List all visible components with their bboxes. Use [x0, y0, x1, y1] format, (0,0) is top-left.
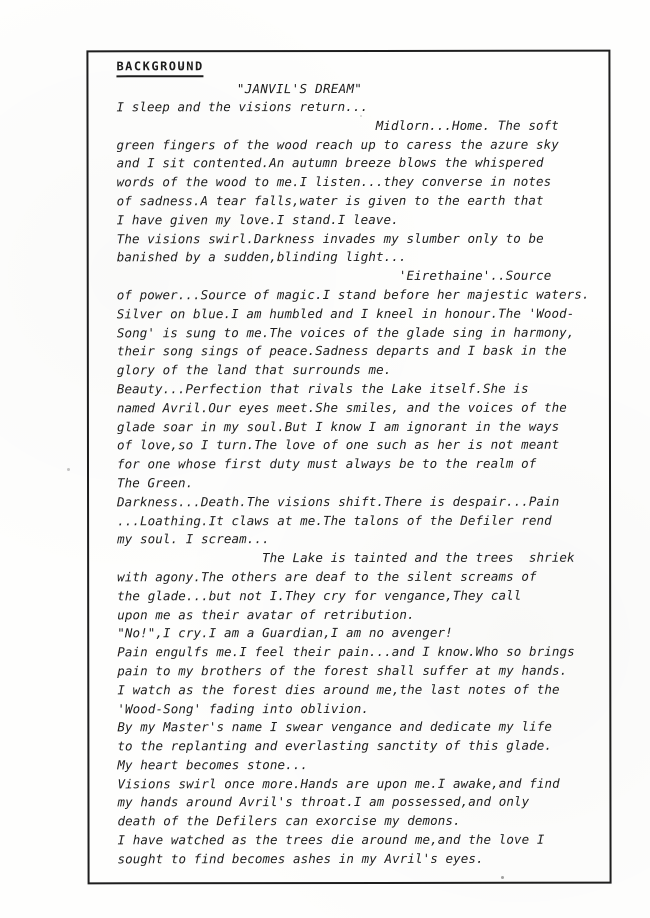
text-line: The Green.	[117, 474, 609, 493]
text-line: Darkness...Death.The visions shift.There…	[117, 492, 609, 511]
text-line: Silver on blue.I am humbled and I kneel …	[117, 304, 609, 323]
text-line: of sadness.A tear falls,water is given t…	[117, 192, 609, 211]
text-line: Song' is sung to me.The voices of the gl…	[117, 323, 609, 342]
text-line: upon me as their avatar of retribution.	[117, 605, 609, 624]
text-line: sought to find becomes ashes in my Avril…	[118, 850, 610, 869]
text-line: glory of the land that surrounds me.	[117, 361, 609, 380]
text-line: death of the Defilers can exorcise my de…	[117, 812, 609, 831]
text-line: I have given my love.I stand.I leave.	[117, 210, 609, 229]
text-line: pain to my brothers of the forest shall …	[117, 662, 609, 681]
text-line: the glade...but not I.They cry for venga…	[117, 586, 609, 605]
body-text: "JANVIL'S DREAM" I sleep and the visions…	[116, 79, 609, 869]
text-line: and I sit contented.An autumn breeze blo…	[117, 154, 609, 173]
background-heading: BACKGROUND	[116, 59, 203, 77]
text-line: The Lake is tainted and the trees shriek	[117, 549, 609, 568]
text-line: their song sings of peace.Sadness depart…	[117, 342, 609, 361]
heading-row: BACKGROUND	[88, 52, 608, 78]
text-line: to the replanting and everlasting sancti…	[117, 737, 609, 756]
text-line: Midlorn...Home. The soft	[117, 116, 609, 135]
dream-title: "JANVIL'S DREAM"	[116, 79, 608, 99]
text-line: I have watched as the trees die around m…	[118, 831, 610, 850]
text-line: Visions swirl once more.Hands are upon m…	[117, 774, 609, 793]
text-line: my soul. I scream...	[117, 530, 609, 549]
scanned-page: BACKGROUND "JANVIL'S DREAM" I sleep and …	[0, 0, 650, 918]
scan-artifact	[67, 468, 70, 471]
text-line: Beauty...Perfection that rivals the Lake…	[117, 380, 609, 399]
text-line: green fingers of the wood reach up to ca…	[117, 135, 609, 154]
text-line: I sleep and the visions return...	[116, 98, 608, 117]
text-line: glade soar in my soul.But I know I am ig…	[117, 417, 609, 436]
text-line: with agony.The others are deaf to the si…	[117, 568, 609, 587]
text-line: of love,so I turn.The love of one such a…	[117, 436, 609, 455]
text-line: my hands around Avril's throat.I am poss…	[117, 793, 609, 812]
text-line: named Avril.Our eyes meet.She smiles, an…	[117, 398, 609, 417]
text-line: ...Loathing.It claws at me.The talons of…	[117, 511, 609, 530]
text-line: My heart becomes stone...	[117, 756, 609, 775]
text-line: 'Eirethaine'..Source	[117, 267, 609, 286]
text-line: I watch as the forest dies around me,the…	[117, 680, 609, 699]
text-line: The visions swirl.Darkness invades my sl…	[117, 229, 609, 248]
text-line: 'Wood-Song' fading into oblivion.	[117, 699, 609, 718]
text-line: banished by a sudden,blinding light...	[117, 248, 609, 267]
text-line: of power...Source of magic.I stand befor…	[117, 286, 609, 305]
page-border-frame: BACKGROUND "JANVIL'S DREAM" I sleep and …	[86, 50, 611, 885]
text-line: "No!",I cry.I am a Guardian,I am no aven…	[117, 624, 609, 643]
text-line: By my Master's name I swear vengance and…	[117, 718, 609, 737]
text-line: words of the wood to me.I listen...they …	[117, 173, 609, 192]
text-line: for one whose first duty must always be …	[117, 455, 609, 474]
text-line: Pain engulfs me.I feel their pain...and …	[117, 643, 609, 662]
